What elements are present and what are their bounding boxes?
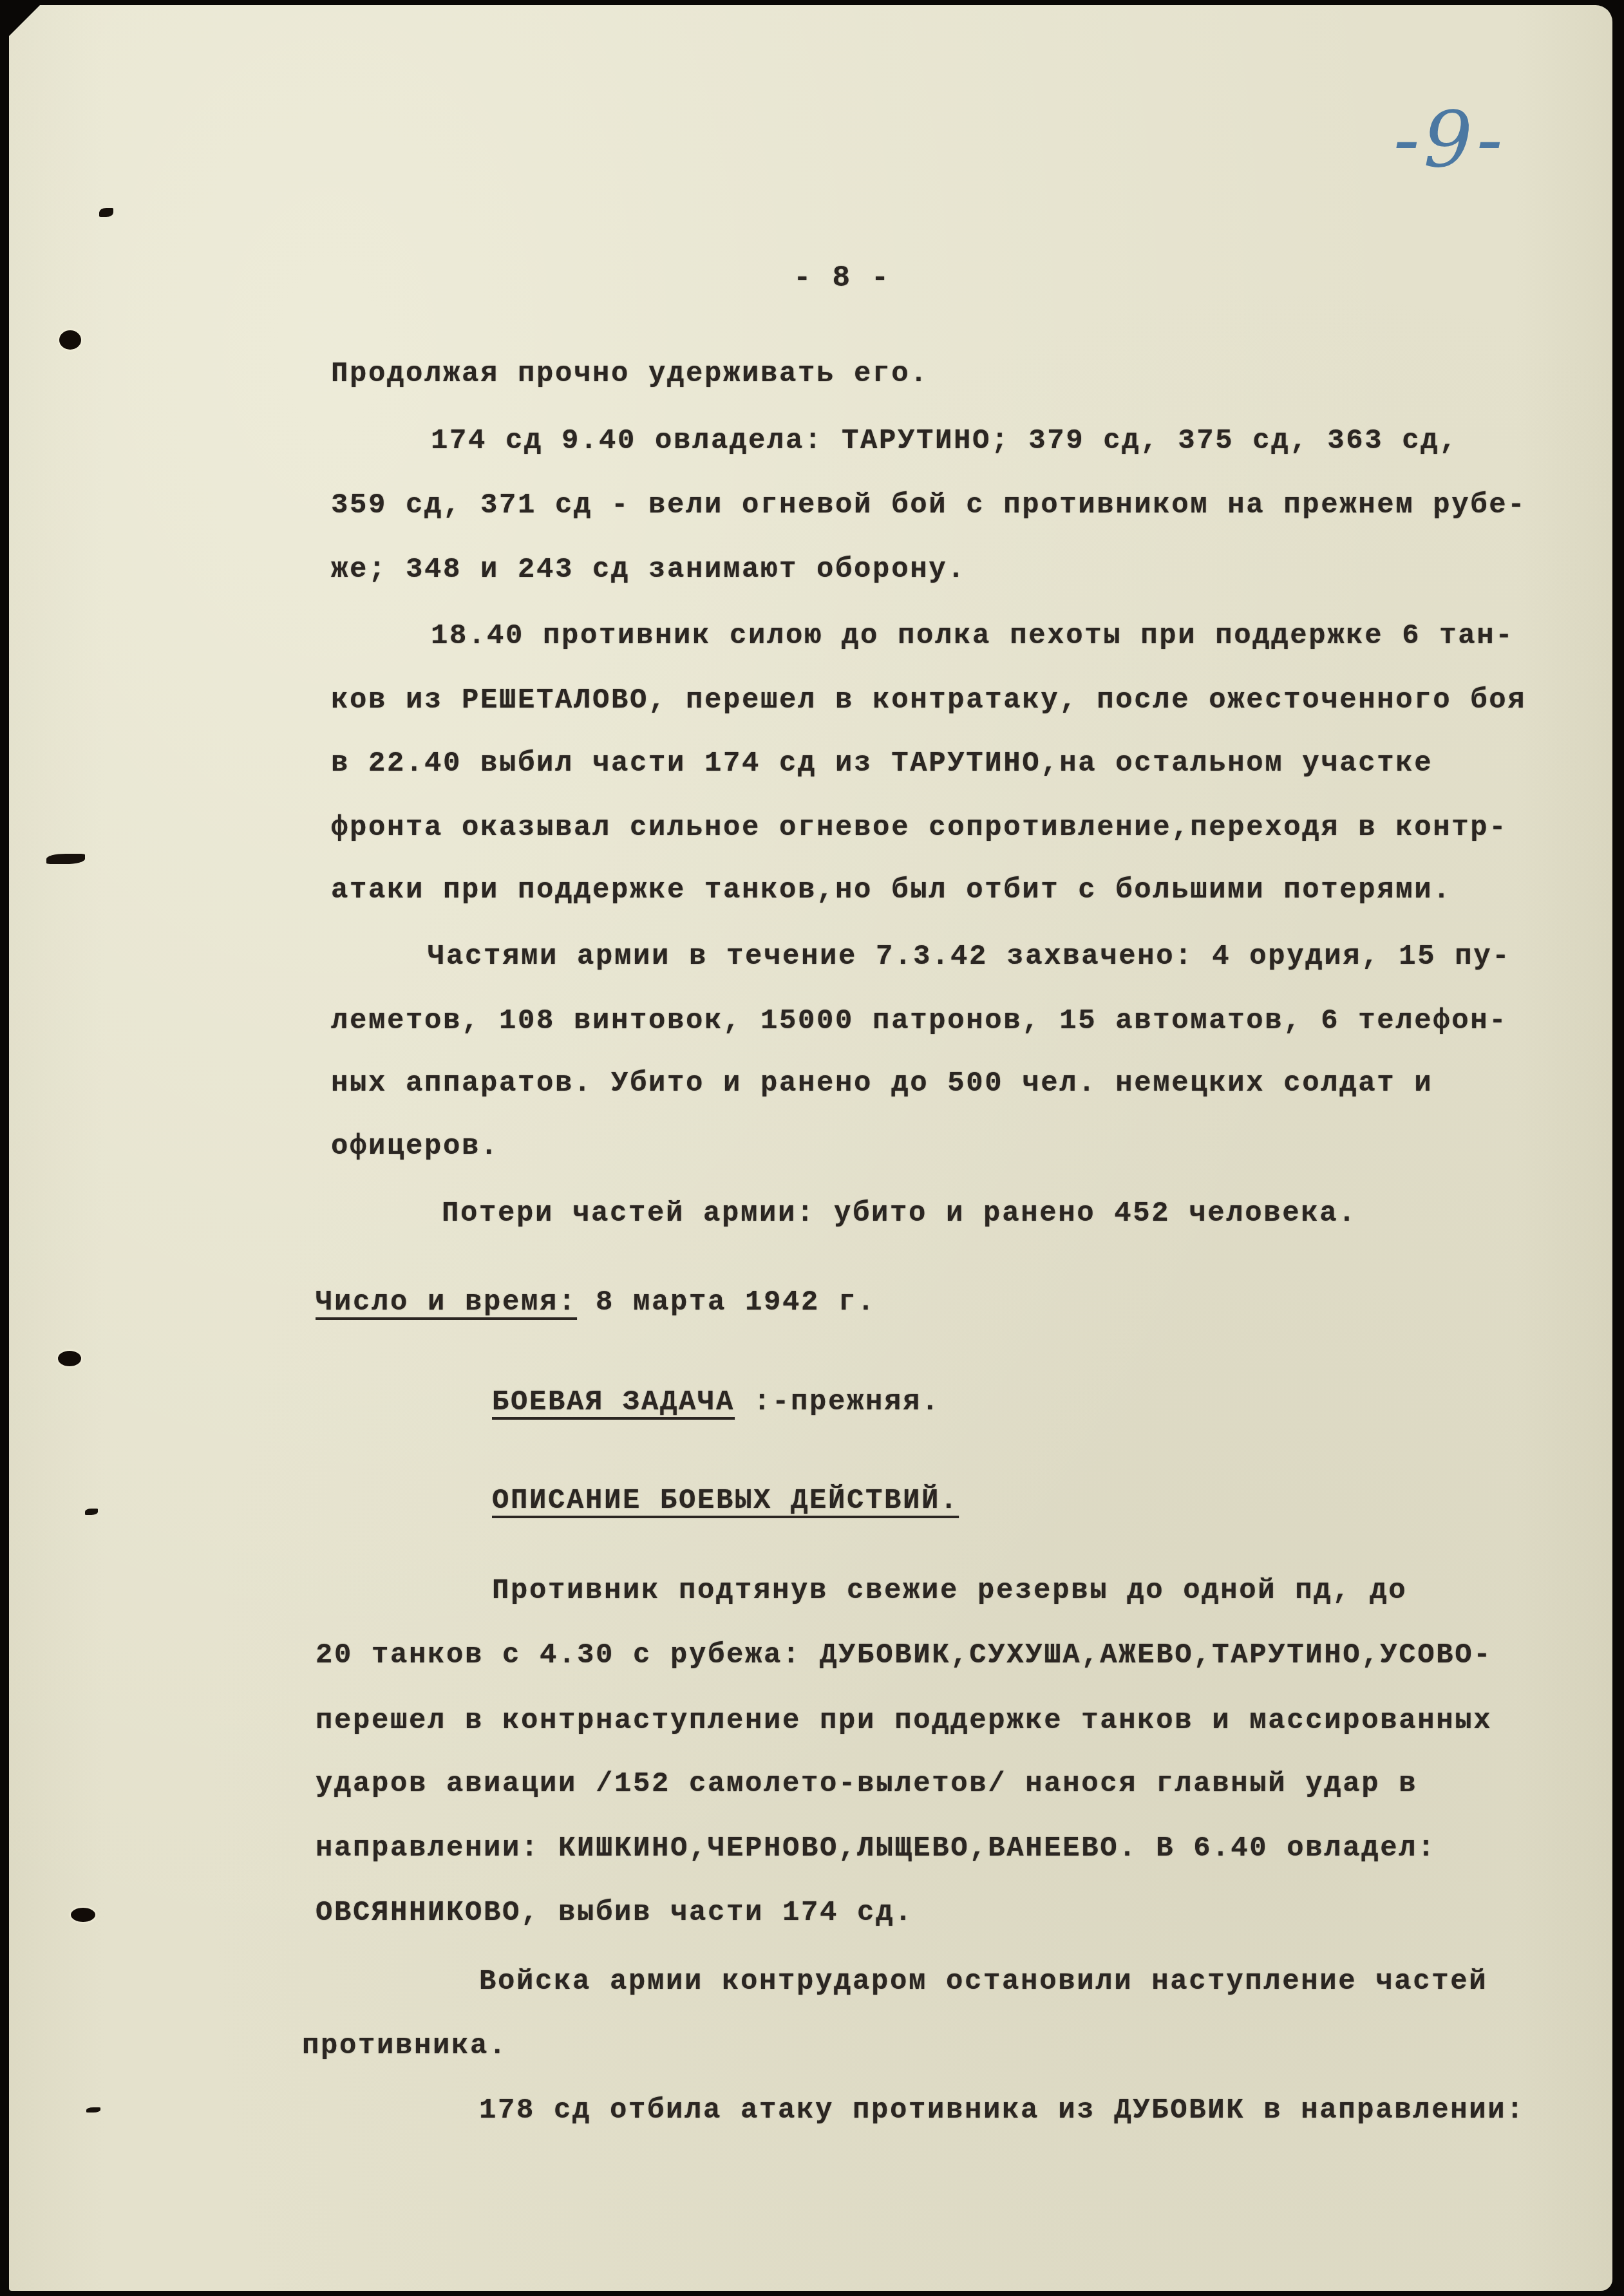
punch-hole — [85, 1509, 98, 1515]
document-page: -9- - 8 - Продолжая прочно удерживать ег… — [9, 5, 1612, 2291]
text-line: Частями армии в течение 7.3.42 захвачено… — [428, 941, 1511, 973]
text-line: противника. — [302, 2030, 507, 2062]
page-number: - 8 - — [793, 261, 891, 295]
section-heading: ОПИСАНИЕ БОЕВЫХ ДЕЙСТВИЙ. — [492, 1485, 959, 1517]
punch-hole — [71, 1908, 95, 1922]
punch-hole — [86, 2107, 100, 2113]
text-line: 174 сд 9.40 овладела: ТАРУТИНО; 379 сд, … — [431, 425, 1458, 457]
text-line: Войска армии контрударом остановили наст… — [479, 1966, 1487, 1998]
text-line: ударов авиации /152 самолето-вылетов/ на… — [316, 1768, 1417, 1800]
section-heading-text: ОПИСАНИЕ БОЕВЫХ ДЕЙСТВИЙ. — [492, 1485, 959, 1517]
punch-hole — [59, 330, 81, 350]
text-line: офицеров. — [331, 1131, 499, 1163]
text-line: ОВСЯННИКОВО, выбив части 174 сд. — [316, 1897, 913, 1929]
date-line: Число и время: 8 марта 1942 г. — [316, 1286, 876, 1319]
text-line: 178 сд отбила атаку противника из ДУБОВИ… — [479, 2094, 1525, 2127]
combat-task-label: БОЕВАЯ ЗАДАЧА — [492, 1386, 735, 1418]
text-line: перешел в контрнаступление при поддержке… — [316, 1705, 1492, 1737]
text-line: атаки при поддержке танков,но был отбит … — [331, 874, 1451, 907]
text-line: 359 сд, 371 сд - вели огневой бой с прот… — [331, 489, 1526, 522]
date-label: Число и время: — [316, 1286, 577, 1319]
combat-task-value: :-прежняя. — [735, 1386, 940, 1418]
combat-task-line: БОЕВАЯ ЗАДАЧА :-прежняя. — [492, 1386, 940, 1418]
text-line: ных аппаратов. Убито и ранено до 500 чел… — [331, 1068, 1433, 1100]
date-value: 8 марта 1942 г. — [577, 1286, 876, 1319]
punch-hole — [99, 208, 113, 217]
text-line: Продолжая прочно удерживать его. — [331, 358, 929, 390]
text-line: Противник подтянув свежие резервы до одн… — [492, 1575, 1407, 1607]
text-line: 20 танков с 4.30 с рубежа: ДУБОВИК,СУХУШ… — [316, 1639, 1492, 1671]
handwritten-folio-number: -9- — [1393, 95, 1506, 185]
text-line: леметов, 108 винтовок, 15000 патронов, 1… — [331, 1005, 1507, 1037]
punch-hole — [58, 1351, 81, 1366]
text-line: направлении: КИШКИНО,ЧЕРНОВО,ЛЫЩЕВО,ВАНЕ… — [316, 1832, 1436, 1865]
text-line: 18.40 противник силою до полка пехоты пр… — [431, 620, 1514, 652]
text-line: в 22.40 выбил части 174 сд из ТАРУТИНО,н… — [331, 748, 1433, 780]
punch-hole — [46, 854, 85, 864]
text-line: же; 348 и 243 сд занимают оборону. — [331, 554, 966, 586]
text-line: ков из РЕШЕТАЛОВО, перешел в контратаку,… — [331, 684, 1526, 717]
text-line: Потери частей армии: убито и ранено 452 … — [442, 1198, 1357, 1230]
text-line: фронта оказывал сильное огневое сопротив… — [331, 812, 1507, 844]
